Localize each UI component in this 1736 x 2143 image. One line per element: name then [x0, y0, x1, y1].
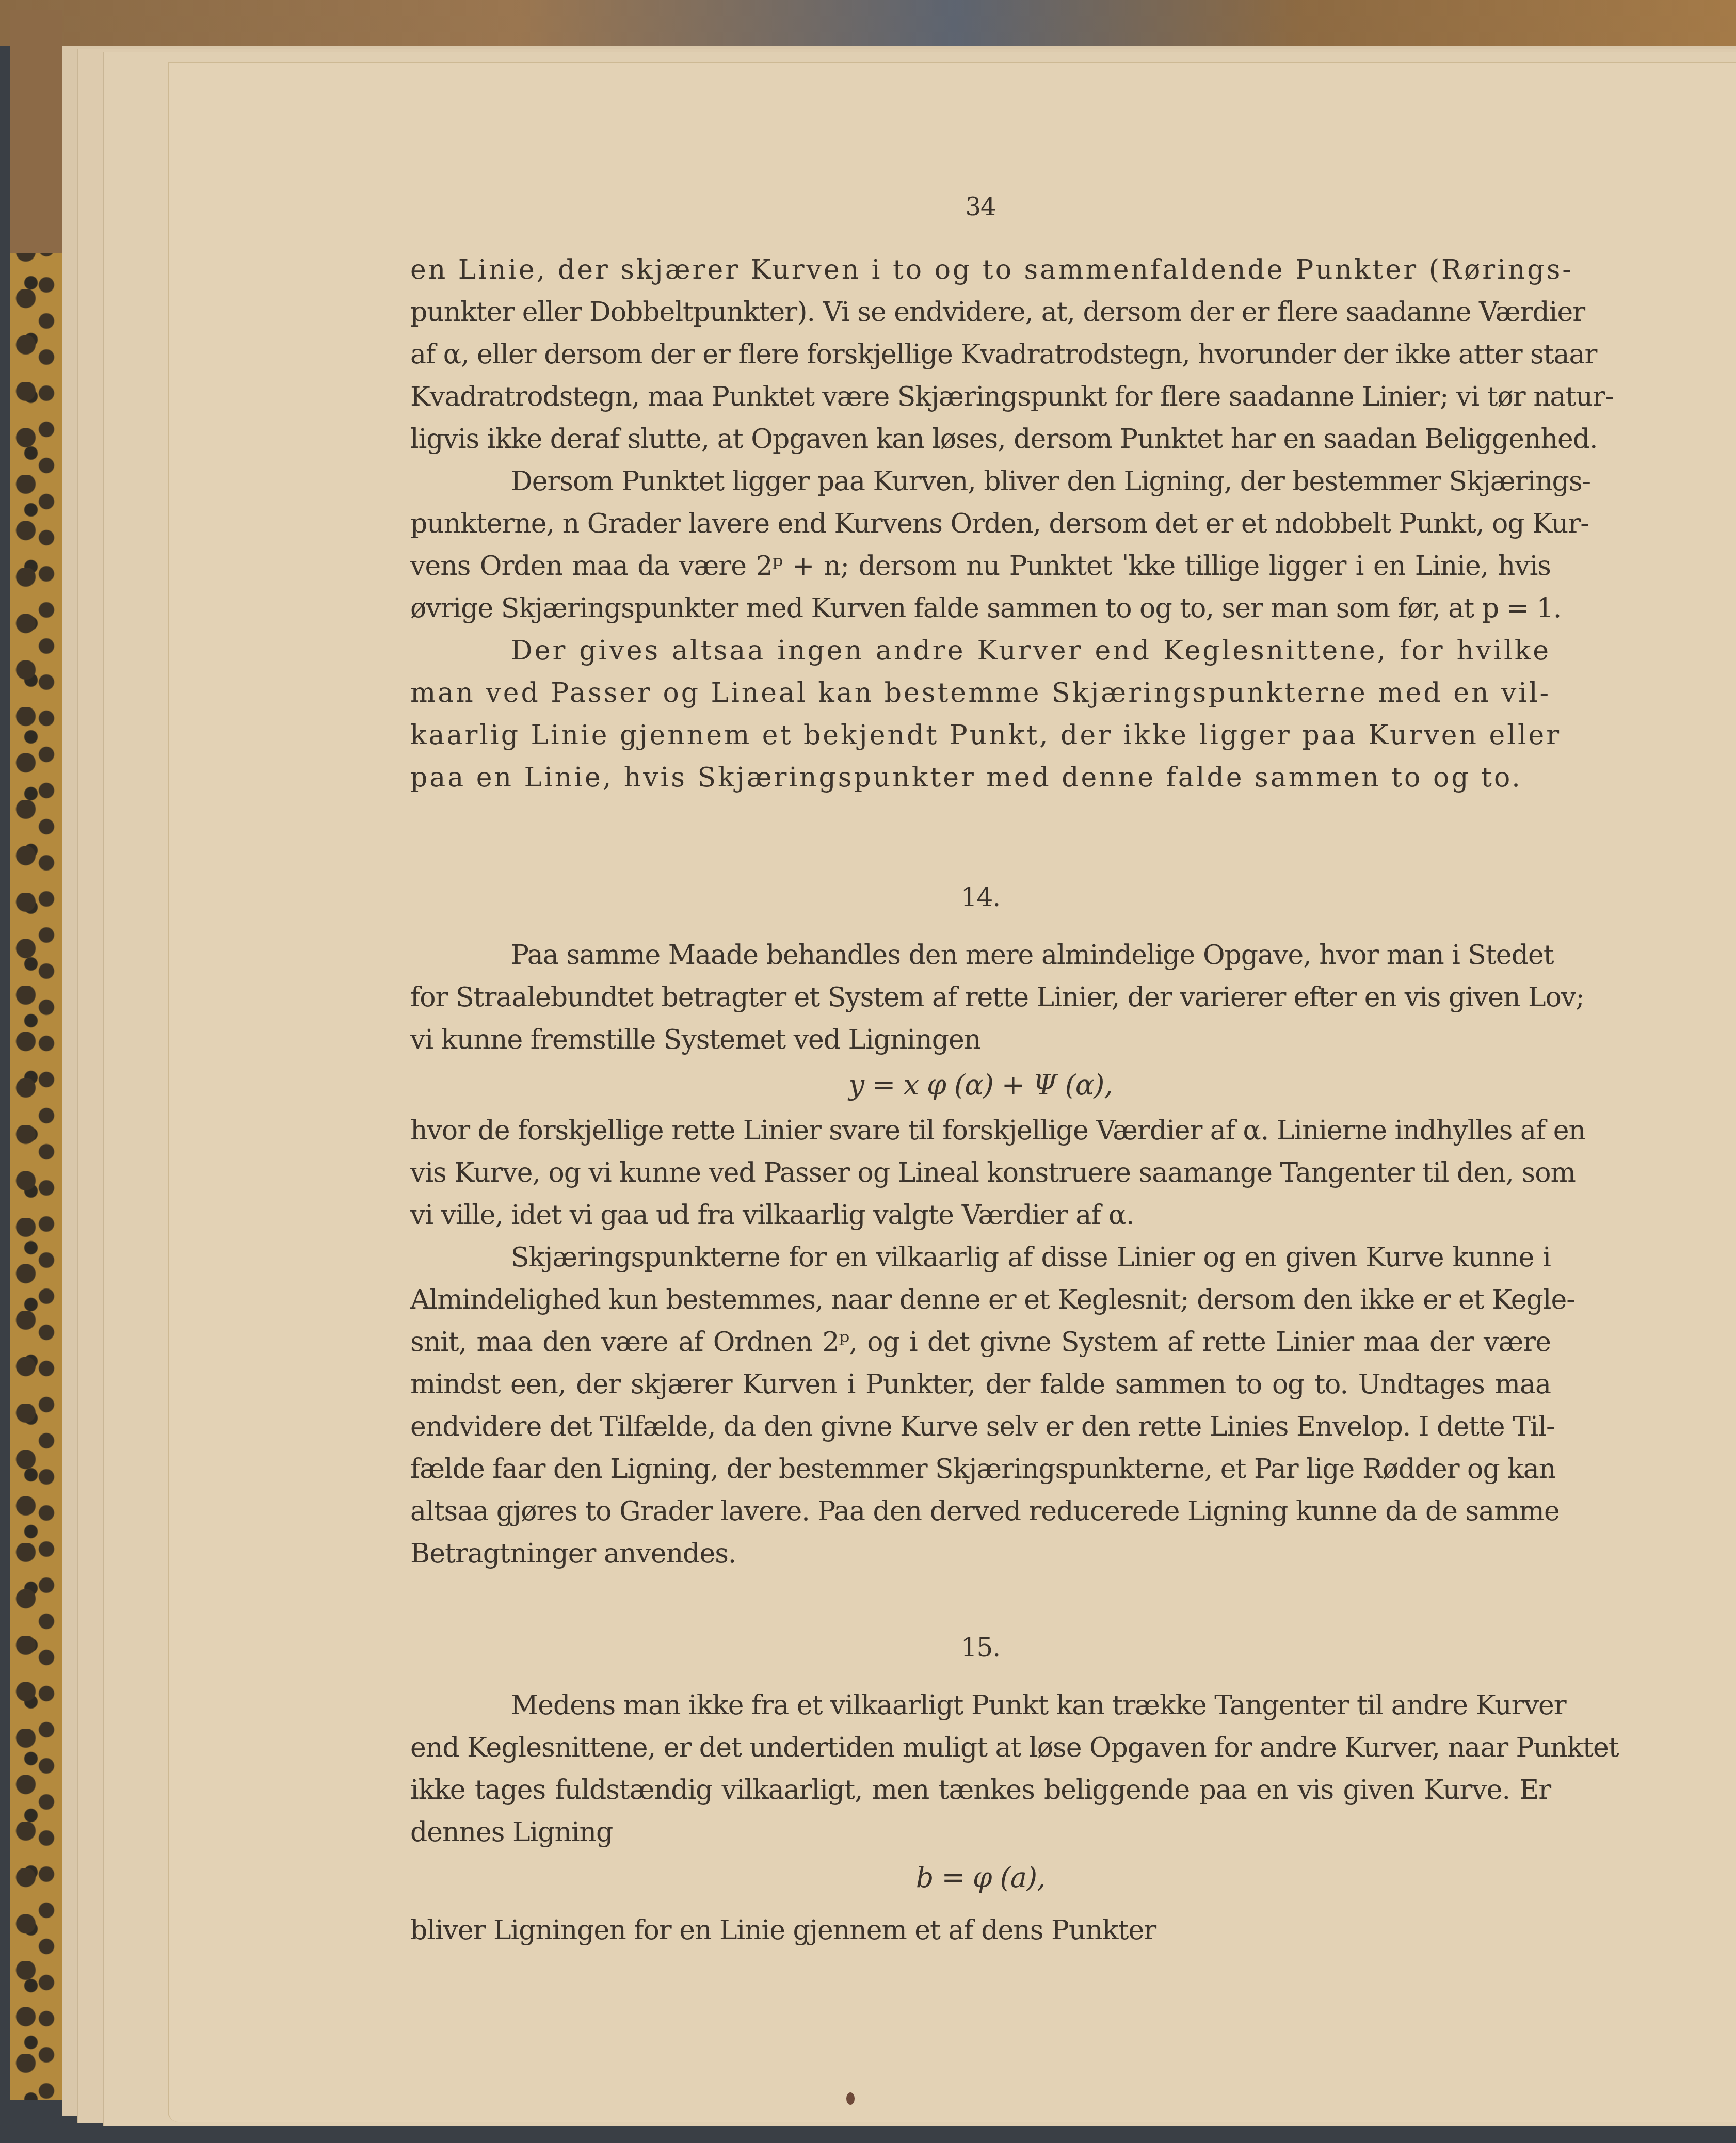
text-line: fælde faar den Ligning, der bestemmer Sk… — [410, 1448, 1551, 1490]
text-line: hvor de forskjellige rette Linier svare … — [410, 1109, 1551, 1152]
text-line: Kvadratrodstegn, maa Punktet være Skjæri… — [410, 376, 1551, 418]
text-line: vens Orden maa da være 2ᵖ + n; dersom nu… — [410, 545, 1551, 587]
text-line: øvrige Skjæringspunkter med Kurven falde… — [410, 587, 1551, 630]
text-line: bliver Ligningen for en Linie gjennem et… — [410, 1909, 1551, 1952]
text-line: Betragtninger anvendes. — [410, 1533, 1551, 1575]
section-14-paragraph-1: Paa samme Maade behandles den mere almin… — [410, 934, 1551, 1061]
text-line: Skjæringspunkterne for en vilkaarlig af … — [410, 1236, 1551, 1279]
text-line: man ved Passer og Lineal kan bestemme Sk… — [410, 672, 1551, 714]
text-line: altsaa gjøres to Grader lavere. Paa den … — [410, 1490, 1551, 1533]
text-line: en Linie, der skjærer Kurven i to og to … — [410, 249, 1551, 291]
page-number: 34 — [410, 186, 1551, 228]
section-14-paragraph-3: Skjæringspunkterne for en vilkaarlig af … — [410, 1236, 1551, 1575]
section-14-paragraph-2: hvor de forskjellige rette Linier svare … — [410, 1109, 1551, 1236]
text-line: punkterne, n Grader lavere end Kurvens O… — [410, 503, 1551, 545]
text-line: end Keglesnittene, er det undertiden mul… — [410, 1727, 1551, 1769]
paragraph-dersom: Dersom Punktet ligger paa Kurven, bliver… — [410, 460, 1551, 630]
section-15-paragraph-2: bliver Ligningen for en Linie gjennem et… — [410, 1909, 1551, 1952]
formula-curve: b = φ (a), — [410, 1857, 1551, 1899]
text-line: ikke tages fuldstændig vilkaarligt, men … — [410, 1769, 1551, 1811]
marbled-book-edge — [10, 10, 62, 2100]
text-line: kaarlig Linie gjennem et bekjendt Punkt,… — [410, 714, 1551, 756]
section-number-15: 15. — [410, 1626, 1551, 1669]
book-cover-top-edge — [0, 0, 1736, 46]
text-line: Paa samme Maade behandles den mere almin… — [410, 934, 1551, 976]
formula-envelope: y = x φ (α) + Ψ (α), — [410, 1064, 1551, 1106]
text-line: snit, maa den være af Ordnen 2ᵖ, og i de… — [410, 1321, 1551, 1363]
text-line: paa en Linie, hvis Skjæringspunkter med … — [410, 756, 1551, 799]
text-line: endvidere det Tilfælde, da den givne Kur… — [410, 1406, 1551, 1448]
text-line: Dersom Punktet ligger paa Kurven, bliver… — [410, 460, 1551, 503]
text-line: for Straalebundtet betragter et System a… — [410, 976, 1551, 1019]
paragraph-conclusion: Der gives altsaa ingen andre Kurver end … — [410, 630, 1551, 799]
text-line: mindst een, der skjærer Kurven i Punkter… — [410, 1363, 1551, 1406]
paragraph-continuation: en Linie, der skjærer Kurven i to og to … — [410, 249, 1551, 460]
text-line: vis Kurve, og vi kunne ved Passer og Lin… — [410, 1152, 1551, 1194]
text-line: vi kunne fremstille Systemet ved Ligning… — [410, 1019, 1551, 1061]
text-line: dennes Ligning — [410, 1811, 1551, 1854]
text-line: Der gives altsaa ingen andre Kurver end … — [410, 630, 1551, 672]
section-15-paragraph-1: Medens man ikke fra et vilkaarligt Punkt… — [410, 1684, 1551, 1854]
text-line: Almindelighed kun bestemmes, naar denne … — [410, 1279, 1551, 1321]
text-line: punkter eller Dobbeltpunkter). Vi se end… — [410, 291, 1551, 333]
page-content: 34 en Linie, der skjærer Kurven i to og … — [410, 186, 1551, 1952]
text-line: Medens man ikke fra et vilkaarligt Punkt… — [410, 1684, 1551, 1727]
ink-stain — [846, 2092, 855, 2105]
text-line: af α, eller dersom der er flere forskjel… — [410, 333, 1551, 376]
leather-binding-corner — [10, 10, 62, 253]
text-line: vi ville, idet vi gaa ud fra vilkaarlig … — [410, 1194, 1551, 1236]
text-line: ligvis ikke deraf slutte, at Opgaven kan… — [410, 418, 1551, 460]
section-number-14: 14. — [410, 876, 1551, 919]
